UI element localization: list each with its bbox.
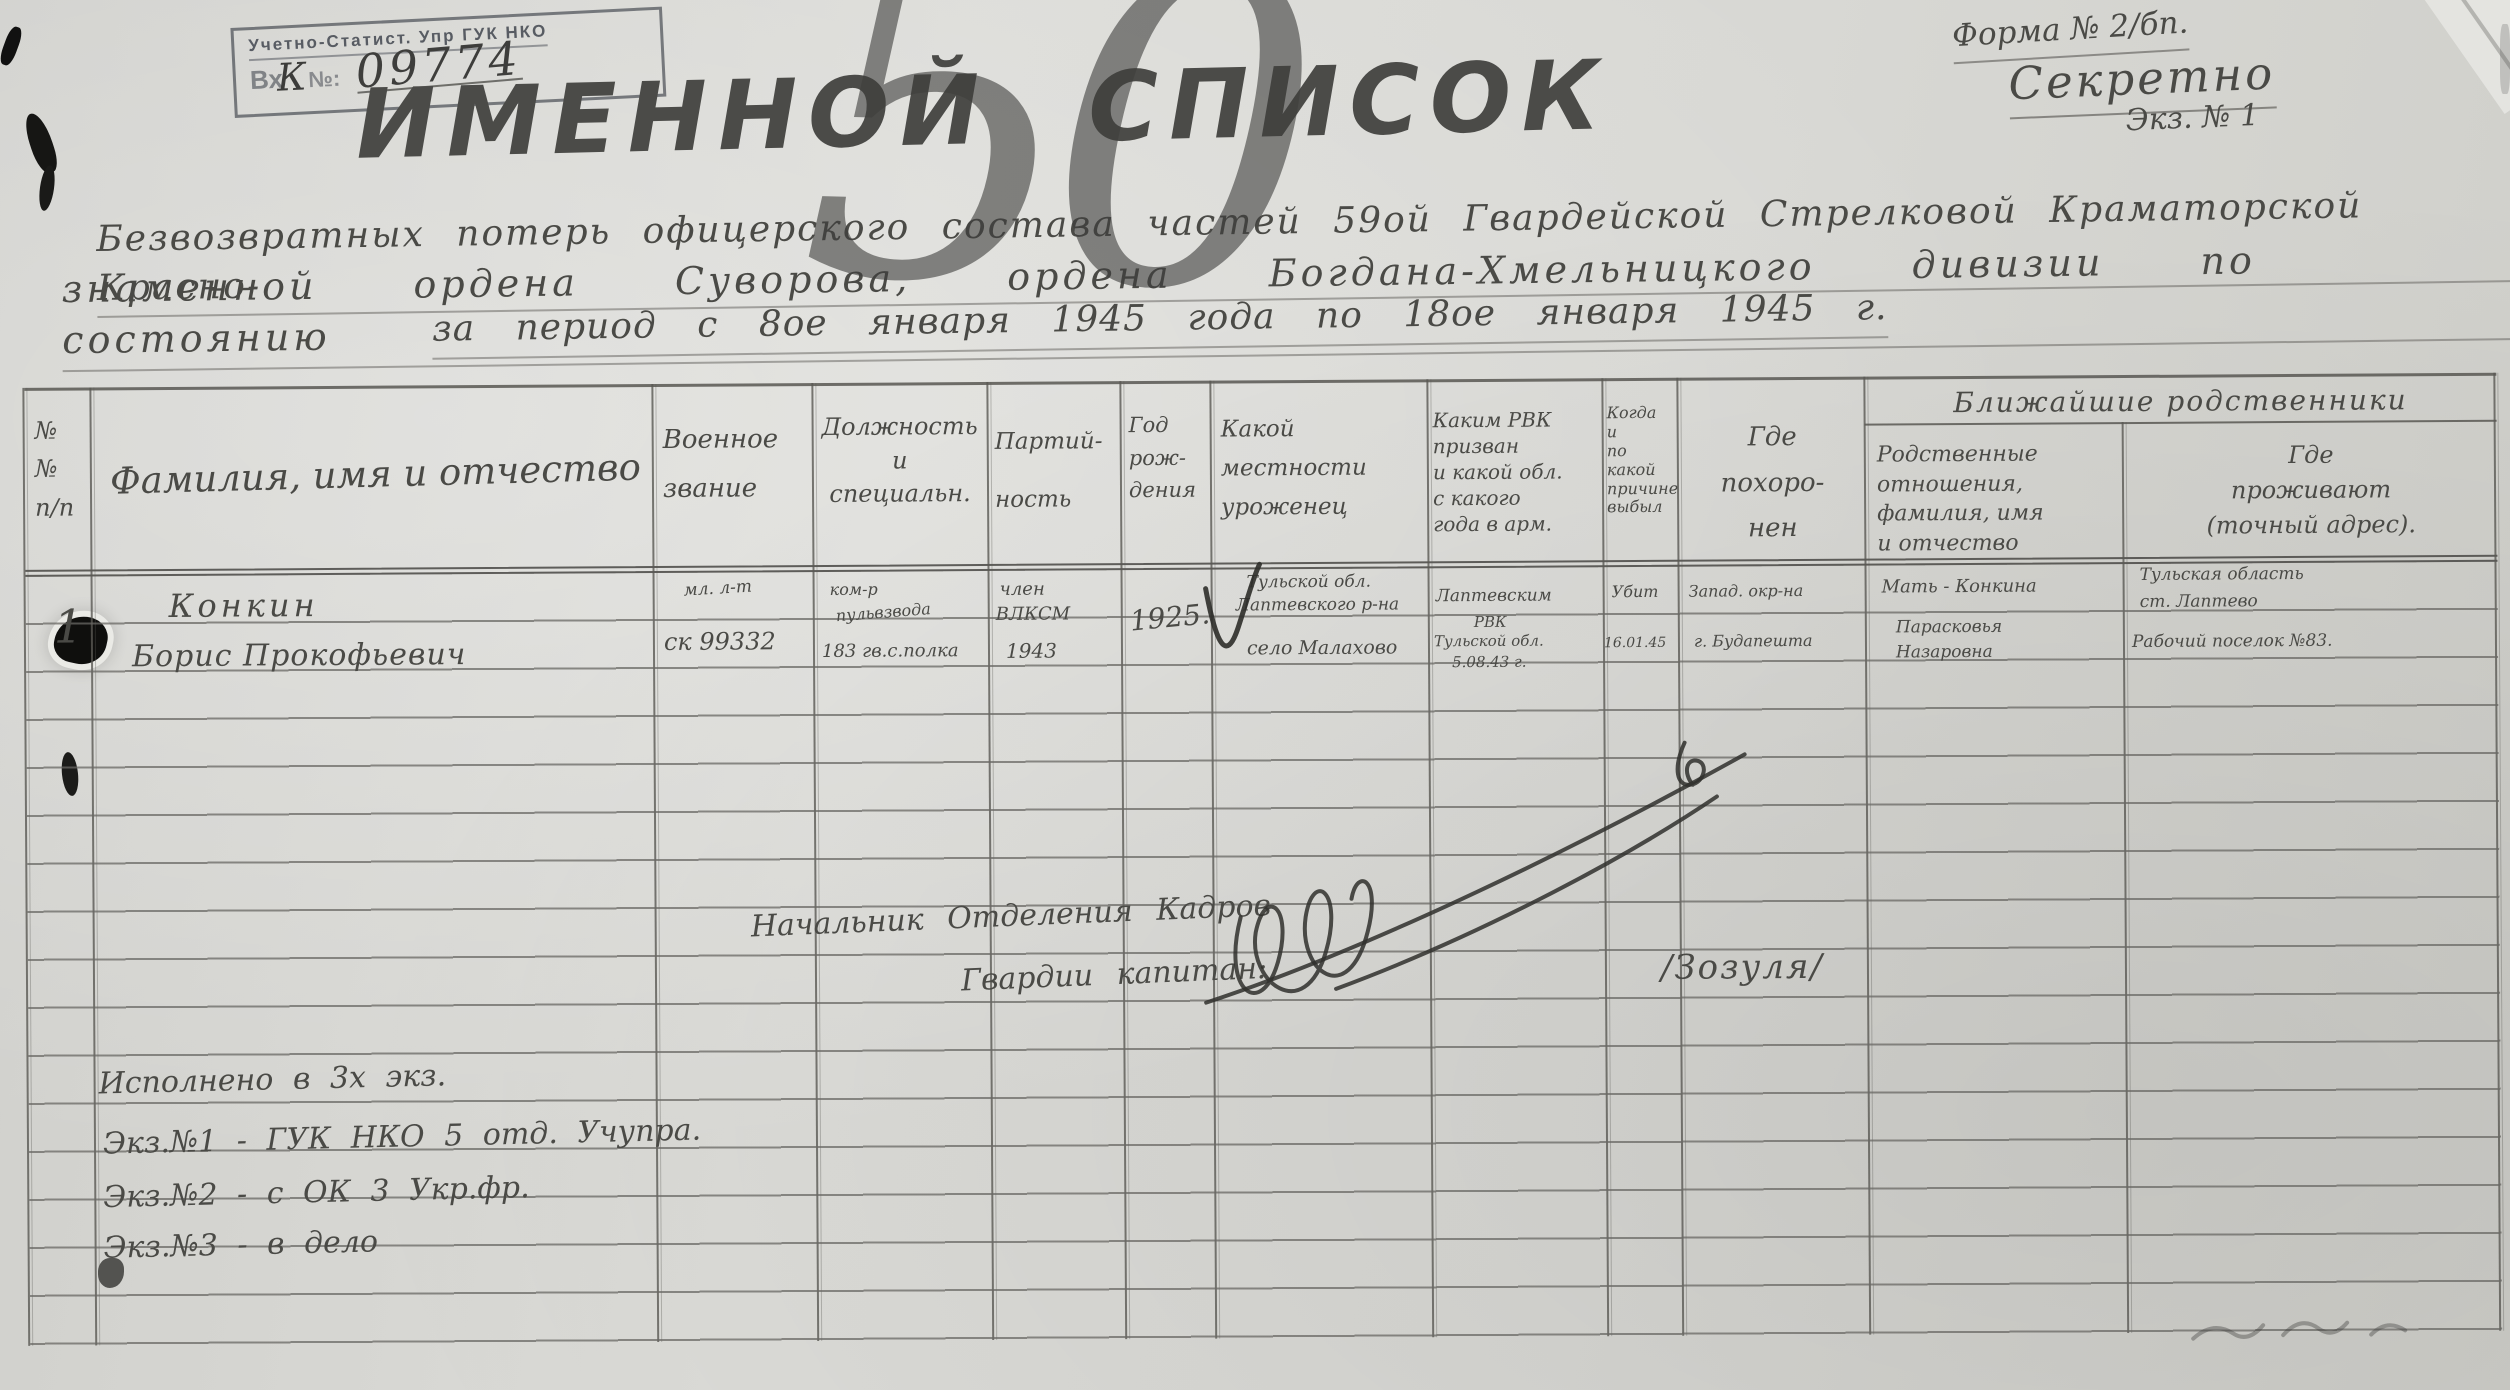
document-content: Учетно-Статист. Упр ГУК НКО Вх К №: 0977… bbox=[0, 0, 2510, 1390]
row-relative-line1: Мать - Конкина bbox=[1882, 575, 2037, 600]
header-cell-drafted-by: Каким РВК призван и какой обл. с какого … bbox=[1433, 406, 1599, 537]
signature-name: /Зозуля/ bbox=[1661, 945, 1824, 992]
header-cell-name: Фамилия, имя и отчество bbox=[102, 442, 648, 507]
header-cell-party: Партий- ность bbox=[995, 413, 1116, 529]
row-rank: ск 99332 bbox=[664, 625, 776, 658]
row-address-line2: ст. Лаптево bbox=[2140, 590, 2258, 614]
stamp-entry-no: №: bbox=[308, 66, 341, 94]
row-rvk-line1: Лаптевским bbox=[1436, 585, 1552, 609]
row-relative-line3: Назаровна bbox=[1896, 641, 1993, 665]
row-address-line1: Тульская область bbox=[2139, 563, 2303, 587]
row-party-line3: 1943 bbox=[1006, 638, 1057, 665]
row-fate-line2: 16.01.45 bbox=[1604, 634, 1666, 653]
note-copy-3: Экз.№3 - в дело bbox=[103, 1222, 378, 1269]
header-cell-burial: Где похоро- нен bbox=[1685, 415, 1861, 553]
header-cell-address: Где проживают (точный адрес). bbox=[2133, 437, 2490, 544]
header-cell-birthplace: Какой местности уроженец bbox=[1221, 409, 1422, 528]
row-rank-note: мл. л-т bbox=[683, 576, 753, 603]
row-rvk-line3: Тульской обл. bbox=[1434, 631, 1544, 652]
header-cell-casualty: Когда и по какой причине выбыл bbox=[1606, 404, 1675, 518]
note-copies: Исполнено в 3х экз. bbox=[98, 1056, 446, 1105]
row-burial-line1: Запад. окр-на bbox=[1689, 580, 1804, 602]
row-position-line3: 183 гв.с.полка bbox=[822, 639, 959, 664]
header-cell-relative: Родственные отношения, фамилия, имя и от… bbox=[1877, 439, 2118, 559]
header-group-relatives: Ближайшие родственники bbox=[1864, 381, 2496, 423]
row-rvk-line4: 5.08.43 г. bbox=[1452, 652, 1526, 673]
row-surname: Конкин bbox=[169, 584, 319, 628]
faint-scribble bbox=[2188, 1307, 2448, 1359]
row-party-line2: ВЛКСМ bbox=[996, 602, 1071, 627]
copy-number: Экз. № 1 bbox=[2125, 96, 2260, 142]
stamp-handwritten-letter: К bbox=[276, 59, 307, 95]
scanned-document-sheet: Учетно-Статист. Упр ГУК НКО Вх К №: 0977… bbox=[0, 0, 2510, 1390]
row-number: 1 bbox=[54, 596, 84, 658]
header-cell-num: № № п/п bbox=[35, 411, 88, 526]
row-position-line1: ком-р bbox=[830, 579, 878, 601]
row-address-line3: Рабочий поселок №83. bbox=[2132, 630, 2333, 654]
row-fate-line1: Убит bbox=[1612, 581, 1659, 603]
row-relative-line2: Парасковья bbox=[1896, 616, 2002, 640]
checkmark-scrawl bbox=[1195, 558, 1266, 678]
overlay-number-50: 50 bbox=[797, 0, 1300, 353]
header-cell-rank: Военное звание bbox=[663, 415, 809, 515]
row-birthplace-line3: село Малахово bbox=[1247, 635, 1397, 662]
header-cell-position: Должность и специальн. bbox=[819, 410, 982, 512]
row-burial-line2: г. Будапешта bbox=[1694, 630, 1813, 652]
header-cell-birth-year: Год рож- дения bbox=[1129, 409, 1208, 507]
row-rvk-line2: РВК bbox=[1474, 612, 1507, 632]
row-given-name: Борис Прокофьевич bbox=[132, 635, 467, 678]
row-party-line1: член bbox=[1000, 578, 1045, 603]
